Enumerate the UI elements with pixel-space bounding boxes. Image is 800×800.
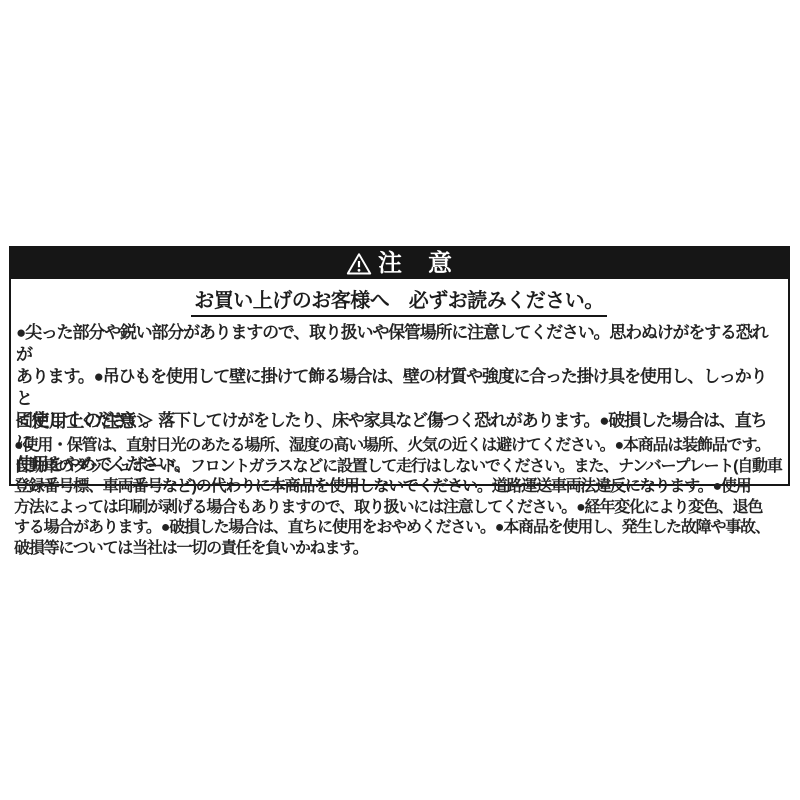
usage-notes-title: ＜使用上の注意＞ [14, 407, 794, 433]
caution-notice-page: { "colors": { "page_bg": "#ffffff", "hea… [0, 0, 800, 800]
caution-subheader-row: お買い上げのお客様へ 必ずお読みください。 [16, 284, 782, 317]
caution-header-bar: 注 意 [11, 248, 788, 279]
caution-subheader: お買い上げのお客様へ 必ずお読みください。 [191, 284, 607, 317]
caution-header-title: 注 意 [378, 252, 453, 276]
usage-notes-body-text: ●使用・保管は、直射日光のあたる場所、湿度の高い場所、火気の近くは避けてください… [14, 436, 794, 559]
warning-triangle-icon [346, 252, 372, 276]
usage-notes-section: ＜使用上の注意＞ ●使用・保管は、直射日光のあたる場所、湿度の高い場所、火気の近… [14, 407, 794, 559]
